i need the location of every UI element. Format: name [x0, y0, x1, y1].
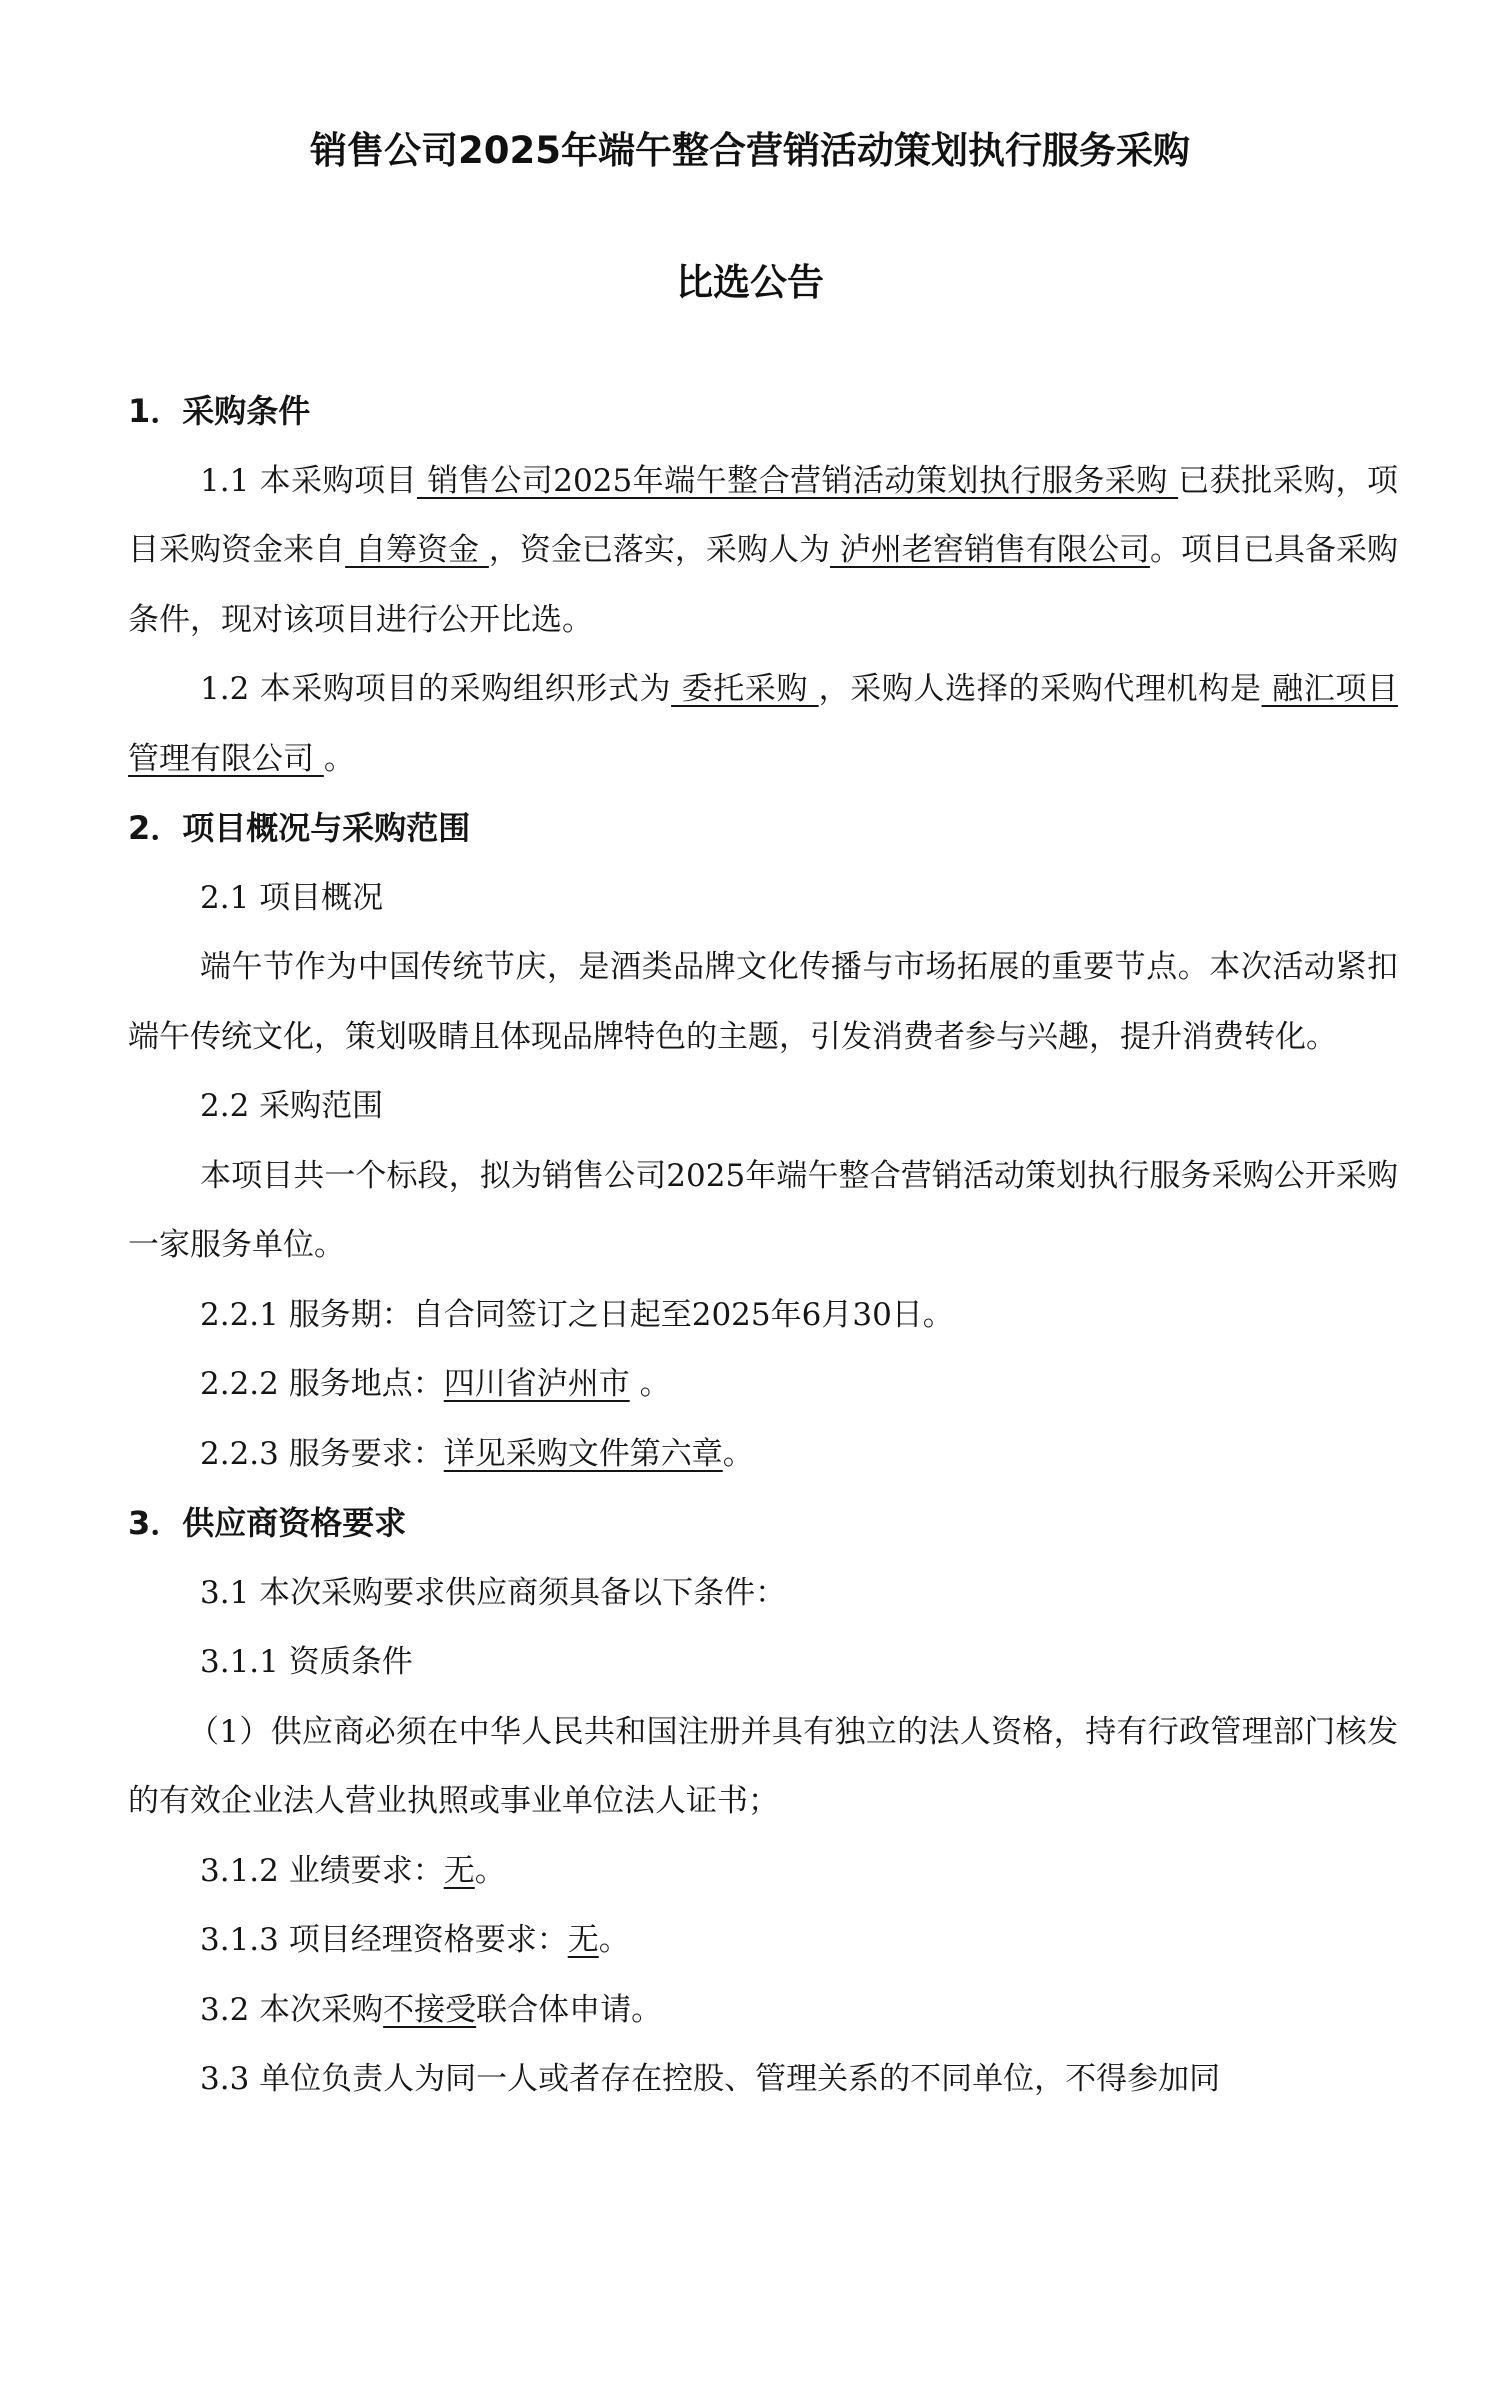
underlined-field-value: 详见采购文件第六章	[444, 1436, 723, 1472]
text-segment: 2.2.1 服务期：自合同签订之日起至2025年6月30日。	[200, 1297, 954, 1333]
text-segment: 。	[324, 741, 355, 777]
underlined-field-value: 无	[568, 1922, 599, 1958]
paragraph: 3.1.3 项目经理资格要求：无。	[128, 1906, 1398, 1976]
document-body: 1．采购条件1.1 本采购项目 销售公司2025年端午整合营销活动策划执行服务采…	[128, 377, 1398, 2115]
underlined-field-value: 自筹资金	[345, 532, 489, 568]
text-segment: 1.2 本采购项目的采购组织形式为	[200, 671, 671, 707]
text-segment: 3．供应商资格要求	[128, 1504, 406, 1542]
paragraph: 3.1 本次采购要求供应商须具备以下条件：	[128, 1559, 1398, 1629]
text-segment: 1.1 本采购项目	[200, 463, 417, 499]
text-segment: ，采购人选择的采购代理机构是	[819, 671, 1262, 707]
paragraph: 本项目共一个标段，拟为销售公司2025年端午整合营销活动策划执行服务采购公开采购…	[128, 1142, 1398, 1281]
paragraph: 2.2.2 服务地点：四川省泸州市 。	[128, 1350, 1398, 1420]
underlined-field-value: 销售公司2025年端午整合营销活动策划执行服务采购	[417, 463, 1178, 499]
underlined-field-value: 委托采购	[671, 671, 819, 707]
underlined-field-value: 四川省泸州市	[444, 1366, 630, 1402]
text-segment: 3.1.1 资质条件	[200, 1644, 413, 1680]
text-segment: 。	[630, 1366, 671, 1402]
text-segment: 3.3 单位负责人为同一人或者存在控股、管理关系的不同单位，不得参加同	[200, 2061, 1220, 2097]
paragraph: 3.2 本次采购不接受联合体申请。	[128, 1976, 1398, 2046]
text-segment: 。	[599, 1922, 630, 1958]
text-segment: 2．项目概况与采购范围	[128, 809, 470, 847]
underlined-field-value: 无	[444, 1853, 475, 1889]
text-segment: 3.1.2 业绩要求：	[200, 1853, 444, 1889]
paragraph: 3.3 单位负责人为同一人或者存在控股、管理关系的不同单位，不得参加同	[128, 2045, 1398, 2115]
document-title: 销售公司2025年端午整合营销活动策划执行服务采购	[0, 120, 1500, 174]
section-heading: 2．项目概况与采购范围	[128, 794, 1398, 864]
document-subtitle: 比选公告	[0, 252, 1500, 306]
text-segment: （1）供应商必须在中华人民共和国注册并具有独立的法人资格，持有行政管理部门核发的…	[128, 1714, 1398, 1820]
text-segment: 1．采购条件	[128, 392, 310, 430]
text-segment: ，资金已落实，采购人为	[489, 532, 830, 568]
text-segment: 。	[475, 1853, 506, 1889]
text-segment: 2.2.2 服务地点：	[200, 1366, 444, 1402]
text-segment: 联合体申请。	[476, 1992, 662, 2028]
paragraph: 2.2.3 服务要求：详见采购文件第六章。	[128, 1420, 1398, 1490]
paragraph: 2.2 采购范围	[128, 1072, 1398, 1142]
text-segment: 端午节作为中国传统节庆，是酒类品牌文化传播与市场拓展的重要节点。本次活动紧扣端午…	[128, 949, 1398, 1055]
text-segment: 本项目共一个标段，拟为销售公司2025年端午整合营销活动策划执行服务采购公开采购…	[128, 1158, 1398, 1264]
paragraph: 2.2.1 服务期：自合同签订之日起至2025年6月30日。	[128, 1281, 1398, 1351]
paragraph: 3.1.1 资质条件	[128, 1628, 1398, 1698]
text-segment: 2.2.3 服务要求：	[200, 1436, 444, 1472]
section-heading: 1．采购条件	[128, 377, 1398, 447]
text-segment: 2.2 采购范围	[200, 1088, 383, 1124]
text-segment: 3.2 本次采购	[200, 1992, 383, 2028]
paragraph: 3.1.2 业绩要求：无。	[128, 1837, 1398, 1907]
text-segment: 2.1 项目概况	[200, 880, 383, 916]
paragraph: 1.1 本采购项目 销售公司2025年端午整合营销活动策划执行服务采购 已获批采…	[128, 447, 1398, 656]
underlined-field-value: 不接受	[383, 1992, 476, 2028]
document-page: 销售公司2025年端午整合营销活动策划执行服务采购 比选公告 1．采购条件1.1…	[0, 0, 1500, 2406]
text-segment: 。	[723, 1436, 754, 1472]
paragraph: 端午节作为中国传统节庆，是酒类品牌文化传播与市场拓展的重要节点。本次活动紧扣端午…	[128, 933, 1398, 1072]
paragraph: 1.2 本采购项目的采购组织形式为 委托采购 ，采购人选择的采购代理机构是 融汇…	[128, 655, 1398, 794]
text-segment: 3.1.3 项目经理资格要求：	[200, 1922, 568, 1958]
section-heading: 3．供应商资格要求	[128, 1489, 1398, 1559]
text-segment: 3.1 本次采购要求供应商须具备以下条件：	[200, 1575, 786, 1611]
paragraph: 2.1 项目概况	[128, 864, 1398, 934]
paragraph: （1）供应商必须在中华人民共和国注册并具有独立的法人资格，持有行政管理部门核发的…	[128, 1698, 1398, 1837]
underlined-field-value: 泸州老窖销售有限公司	[830, 532, 1150, 568]
